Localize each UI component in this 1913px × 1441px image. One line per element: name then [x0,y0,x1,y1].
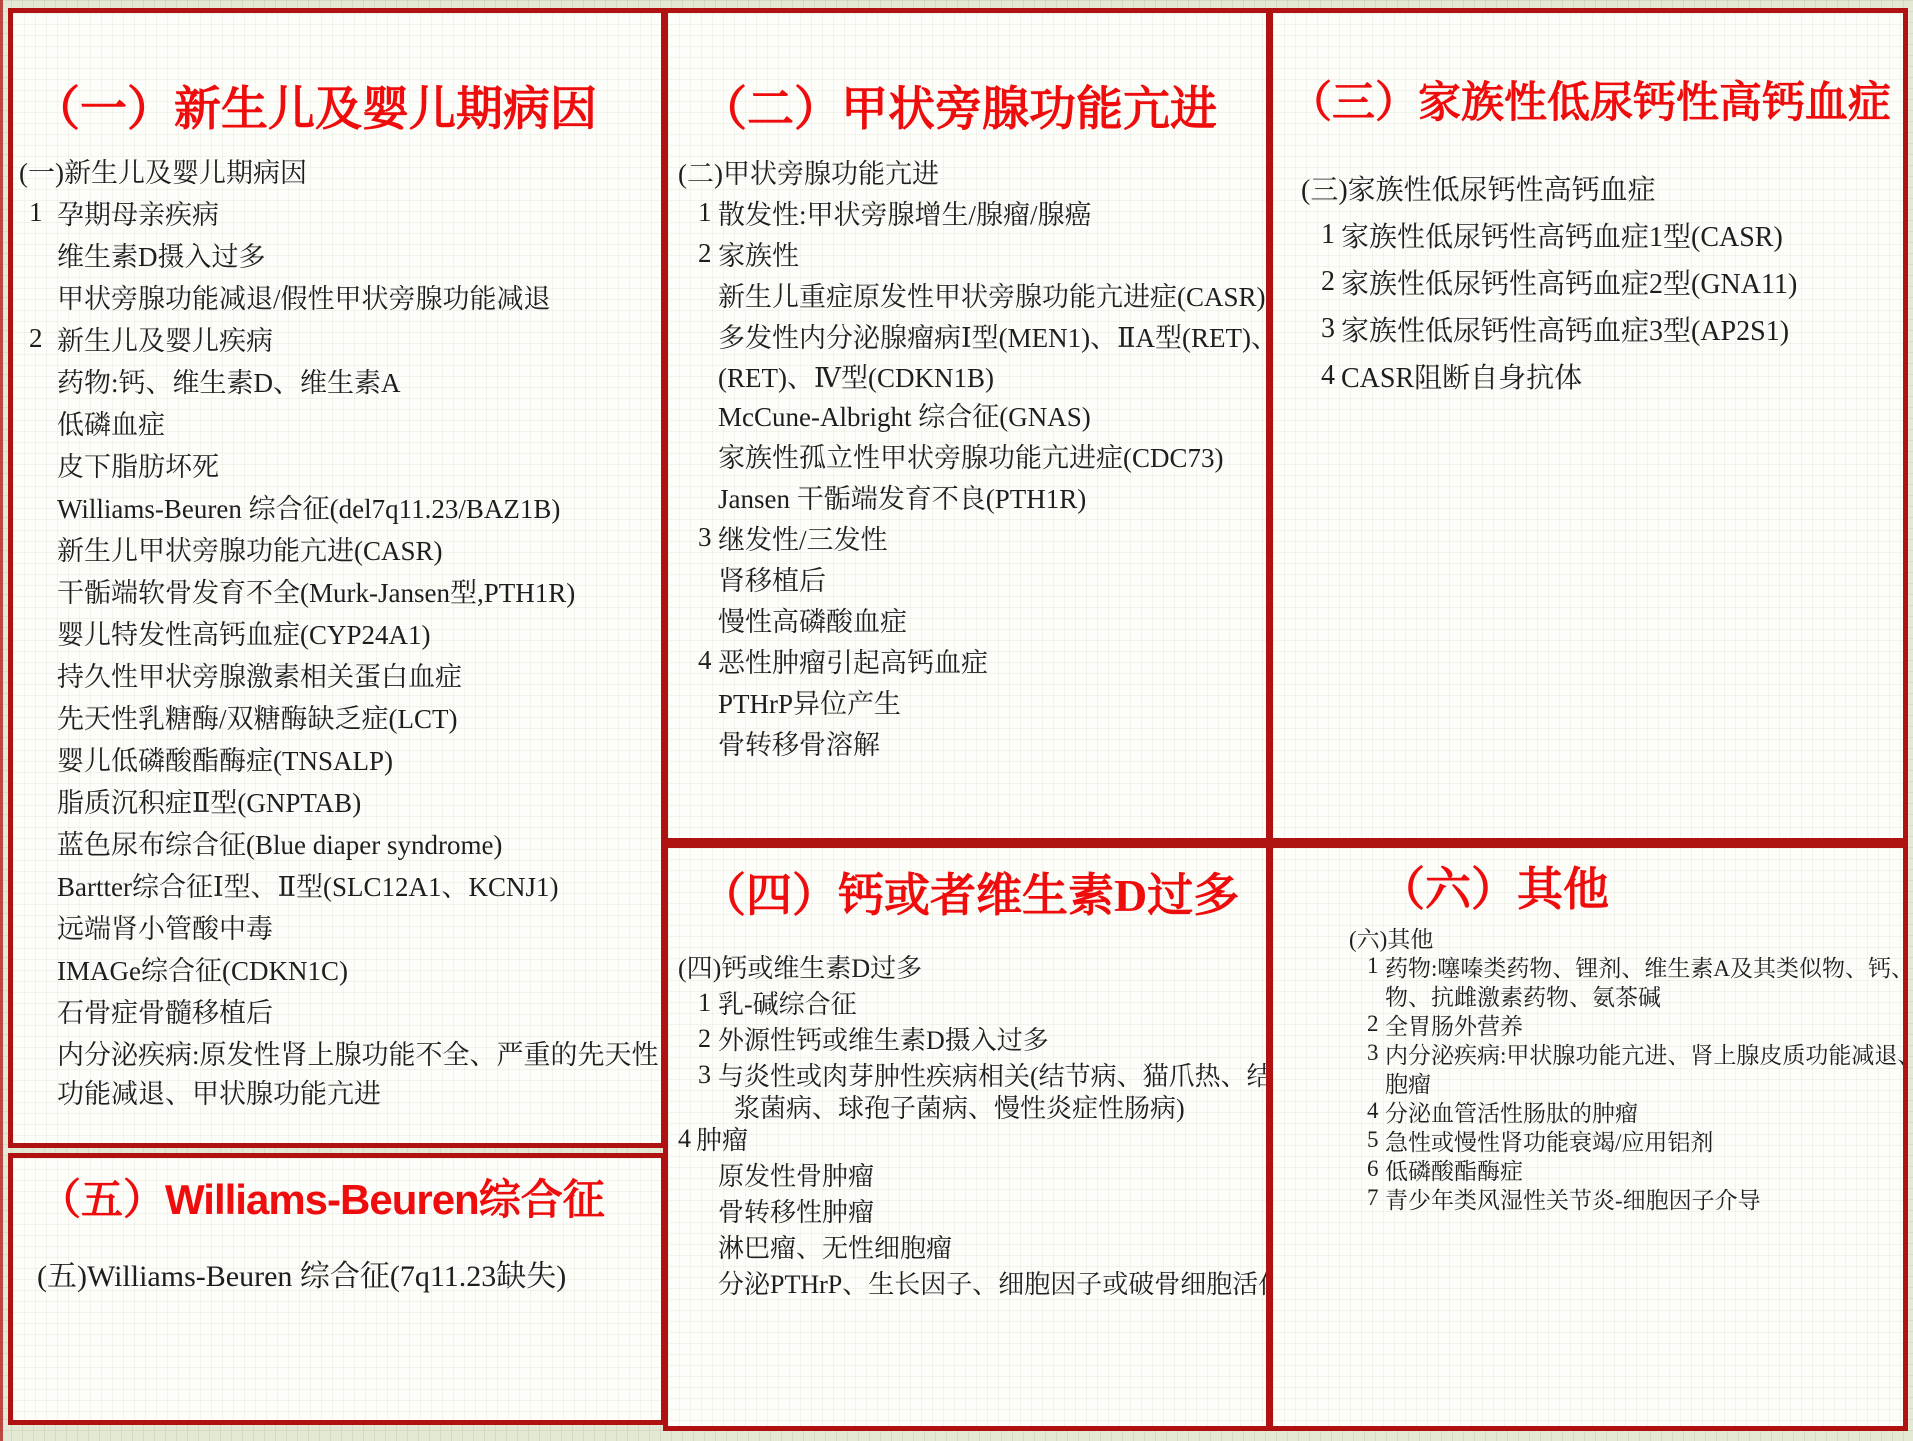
text-line: 浆菌病、球孢子菌病、慢性炎症性肠病) [668,1093,1266,1121]
section-title: （二）甲状旁腺功能亢进 [700,83,1266,137]
line-text: 淋巴瘤、无性细胞瘤 [718,1228,952,1265]
line-text: (一)新生儿及婴儿期病因 [19,151,307,190]
line-text: 家族性低尿钙性高钙血症2型(GNA11) [1341,262,1797,302]
line-text: 慢性高磷酸血症 [718,600,907,639]
text-line: 内分泌疾病:原发性肾上腺功能不全、严重的先天性甲状腺 [13,1031,661,1073]
line-text: 功能减退、甲状腺功能亢进 [57,1072,381,1111]
line-text: 浆菌病、球孢子菌病、慢性炎症性肠病) [734,1088,1185,1125]
line-text: 新生儿及婴儿疾病 [57,319,273,358]
item-number: 1 [698,988,711,1018]
panel-body: (五)Williams-Beuren 综合征(7q11.23缺失) [13,1243,661,1303]
text-line: 慢性高磷酸血症 [668,599,1266,640]
item-number: 3 [698,522,712,553]
item-number: 4 [1367,1098,1379,1124]
line-text: CASR阻断自身抗体 [1341,356,1582,396]
text-line: (二)甲状旁腺功能亢进 [668,151,1266,192]
text-line: (一)新生儿及婴儿期病因 [13,149,661,191]
line-text: 新生儿重症原发性甲状旁腺功能亢进症(CASR) [718,275,1266,314]
line-text: 孕期母亲疾病 [57,193,219,232]
line-text: Bartter综合征Ⅰ型、Ⅱ型(SLC12A1、KCNJ1) [57,865,559,904]
text-line: 新生儿重症原发性甲状旁腺功能亢进症(CASR) [668,274,1266,315]
text-line: 3继发性/三发性 [668,517,1266,558]
line-text: 维生素D摄入过多 [57,235,266,274]
line-text: 持久性甲状旁腺激素相关蛋白血症 [57,655,462,694]
section-title: （六）其他 [1379,864,1903,917]
text-line: 石骨症骨髓移植后 [13,989,661,1031]
line-text: 家族性 [718,234,799,273]
line-text: McCune-Albright 综合征(GNAS) [718,395,1091,434]
line-text: 皮下脂肪坏死 [57,445,219,484]
text-line: 3内分泌疾病:甲状腺功能亢进、肾上腺皮质功能减退、嗜铬细 [1273,1039,1903,1068]
text-line: 骨转移性肿瘤 [668,1193,1266,1229]
panel-hyperparathyroidism: （二）甲状旁腺功能亢进(二)甲状旁腺功能亢进1散发性:甲状旁腺增生/腺瘤/腺癌2… [663,8,1271,843]
line-text: (五)Williams-Beuren 综合征(7q11.23缺失) [37,1251,566,1295]
text-line: PTHrP异位产生 [668,681,1266,722]
text-line: 干骺端软骨发育不全(Murk-Jansen型,PTH1R) [13,569,661,611]
panel-neonatal-infant-causes: （一）新生儿及婴儿期病因(一)新生儿及婴儿期病因1孕期母亲疾病维生素D摄入过多甲… [8,8,666,1148]
section-title: （一）新生儿及婴儿期病因 [33,83,661,137]
line-text: 远端肾小管酸中毒 [57,907,273,946]
line-text: Williams-Beuren 综合征(del7q11.23/BAZ1B) [57,487,560,526]
item-number: 2 [698,238,712,269]
text-line: 淋巴瘤、无性细胞瘤 [668,1229,1266,1265]
slide: （一）新生儿及婴儿期病因(一)新生儿及婴儿期病因1孕期母亲疾病维生素D摄入过多甲… [0,0,1913,1441]
text-line: (三)家族性低尿钙性高钙血症 [1273,164,1903,211]
item-number: 3 [698,1060,711,1090]
line-text: 分泌PTHrP、生长因子、细胞因子或破骨细胞活化因子的肿瘤 [718,1264,1271,1301]
panel-body: (四)钙或维生素D过多1乳-碱综合征2外源性钙或维生素D摄入过多3与炎性或肉芽肿… [668,949,1266,1301]
text-line: 2全胃肠外营养 [1273,1010,1903,1039]
line-text: PTHrP异位产生 [718,682,901,721]
text-line: 1乳-碱综合征 [668,985,1266,1021]
text-line: 6低磷酸酯酶症 [1273,1155,1903,1184]
line-text: 石骨症骨髓移植后 [57,991,273,1030]
item-number: 1 [698,197,712,228]
text-line: 多发性内分泌腺瘤病Ⅰ型(MEN1)、ⅡA型(RET)、ⅡB型 [668,315,1266,356]
text-line: McCune-Albright 综合征(GNAS) [668,394,1266,435]
text-line: (六)其他 [1273,923,1903,952]
text-line: Jansen 干骺端发育不良(PTH1R) [668,476,1266,517]
line-text: 家族性低尿钙性高钙血症1型(CASR) [1341,215,1783,255]
line-text: 骨转移性肿瘤 [718,1192,874,1229]
line-text: 甲状旁腺功能减退/假性甲状旁腺功能减退 [57,277,551,316]
line-text: 低磷血症 [57,403,165,442]
text-line: 2外源性钙或维生素D摄入过多 [668,1021,1266,1057]
panel-body: (六)其他1药物:噻嗪类药物、锂剂、维生素A及其类似物、钙、碱性药物、抗雌激素药… [1273,923,1903,1213]
text-line: (四)钙或维生素D过多 [668,949,1266,985]
title-text: 综合征 [479,1178,605,1224]
text-line: 家族性孤立性甲状旁腺功能亢进症(CDC73) [668,435,1266,476]
text-line: 脂质沉积症Ⅱ型(GNPTAB) [13,779,661,821]
text-line: 1孕期母亲疾病 [13,191,661,233]
text-line: 5急性或慢性肾功能衰竭/应用铝剂 [1273,1126,1903,1155]
text-line: 低磷血症 [13,401,661,443]
item-number: 5 [1367,1127,1379,1153]
line-text: 骨转移骨溶解 [718,723,880,762]
line-text: (三)家族性低尿钙性高钙血症 [1301,168,1656,208]
line-text: 新生儿甲状旁腺功能亢进(CASR) [57,529,443,568]
line-text: 青少年类风湿性关节炎-细胞因子介导 [1385,1182,1761,1215]
text-line: 婴儿低磷酸酯酶症(TNSALP) [13,737,661,779]
item-number: 7 [1367,1185,1379,1211]
line-text: 蓝色尿布综合征(Blue diaper syndrome) [57,823,502,862]
item-number: 4 [678,1124,691,1154]
line-text: 多发性内分泌腺瘤病Ⅰ型(MEN1)、ⅡA型(RET)、ⅡB型 [718,316,1271,355]
text-line: Williams-Beuren 综合征(del7q11.23/BAZ1B) [13,485,661,527]
item-number: 1 [1321,219,1335,251]
panel-body: (一)新生儿及婴儿期病因1孕期母亲疾病维生素D摄入过多甲状旁腺功能减退/假性甲状… [13,149,661,1109]
item-number: 1 [29,197,43,228]
text-line: 1家族性低尿钙性高钙血症1型(CASR) [1273,211,1903,258]
item-number: 2 [698,1024,711,1054]
panel-others: （六）其他(六)其他1药物:噻嗪类药物、锂剂、维生素A及其类似物、钙、碱性药物、… [1268,843,1908,1431]
title-latin-text: Williams-Beuren [165,1176,479,1223]
line-text: 乳-碱综合征 [718,984,857,1021]
line-text: 家族性低尿钙性高钙血症3型(AP2S1) [1341,309,1789,349]
line-text: 药物:钙、维生素D、维生素A [57,361,401,400]
text-line: (五)Williams-Beuren 综合征(7q11.23缺失) [13,1243,661,1303]
line-text: Jansen 干骺端发育不良(PTH1R) [718,477,1086,516]
text-line: 药物:钙、维生素D、维生素A [13,359,661,401]
text-line: 远端肾小管酸中毒 [13,905,661,947]
line-text: 散发性:甲状旁腺增生/腺瘤/腺癌 [718,193,1092,232]
text-line: 2家族性低尿钙性高钙血症2型(GNA11) [1273,258,1903,305]
item-number: 6 [1367,1156,1379,1182]
text-line: 2家族性 [668,233,1266,274]
item-number: 2 [29,323,43,354]
text-line: 新生儿甲状旁腺功能亢进(CASR) [13,527,661,569]
item-number: 3 [1321,313,1335,345]
text-line: 4分泌血管活性肠肽的肿瘤 [1273,1097,1903,1126]
line-text: 继发性/三发性 [718,518,888,557]
text-line: 分泌PTHrP、生长因子、细胞因子或破骨细胞活化因子的肿瘤 [668,1265,1266,1301]
item-number: 2 [1321,266,1335,298]
left-edge-line [0,0,3,1441]
line-text: 外源性钙或维生素D摄入过多 [718,1020,1049,1057]
line-text: 恶性肿瘤引起高钙血症 [718,641,988,680]
panel-familial-hypocalciuric-hypercalcemia: （三）家族性低尿钙性高钙血症(三)家族性低尿钙性高钙血症1家族性低尿钙性高钙血症… [1268,8,1908,843]
text-line: 蓝色尿布综合征(Blue diaper syndrome) [13,821,661,863]
text-line: Bartter综合征Ⅰ型、Ⅱ型(SLC12A1、KCNJ1) [13,863,661,905]
panel-body: (三)家族性低尿钙性高钙血症1家族性低尿钙性高钙血症1型(CASR)2家族性低尿… [1273,164,1903,399]
text-line: 持久性甲状旁腺激素相关蛋白血症 [13,653,661,695]
line-text: IMAGe综合征(CDKN1C) [57,949,348,988]
text-line: 骨转移骨溶解 [668,722,1266,763]
text-line: 4肿瘤 [668,1121,1266,1157]
line-text: 家族性孤立性甲状旁腺功能亢进症(CDC73) [718,436,1224,475]
text-line: 2新生儿及婴儿疾病 [13,317,661,359]
line-text: (四)钙或维生素D过多 [678,948,922,985]
text-line: IMAGe综合征(CDKN1C) [13,947,661,989]
text-line: 婴儿特发性高钙血症(CYP24A1) [13,611,661,653]
panel-calcium-vitamin-d-excess: （四）钙或者维生素D过多(四)钙或维生素D过多1乳-碱综合征2外源性钙或维生素D… [663,843,1271,1431]
section-title: （三）家族性低尿钙性高钙血症 [1289,79,1903,128]
item-number: 4 [698,645,712,676]
line-text: 先天性乳糖酶/双糖酶缺乏症(LCT) [57,697,457,736]
line-text: 婴儿低磷酸酯酶症(TNSALP) [57,739,393,778]
line-text: 内分泌疾病:原发性肾上腺功能不全、严重的先天性甲状腺 [57,1033,666,1072]
text-line: 胞瘤 [1273,1068,1903,1097]
text-line: 1散发性:甲状旁腺增生/腺瘤/腺癌 [668,192,1266,233]
section-title: （五）Williams-Beuren综合征 [39,1176,661,1225]
text-line: 原发性骨肿瘤 [668,1157,1266,1193]
line-text: 干骺端软骨发育不全(Murk-Jansen型,PTH1R) [57,571,575,610]
line-text: 内分泌疾病:甲状腺功能亢进、肾上腺皮质功能减退、嗜铬细 [1385,1037,1908,1070]
text-line: (RET)、Ⅳ型(CDKN1B) [668,356,1266,394]
item-number: 2 [1367,1011,1379,1037]
text-line: 维生素D摄入过多 [13,233,661,275]
section-title: （四）钙或者维生素D过多 [700,870,1266,923]
text-line: 皮下脂肪坏死 [13,443,661,485]
item-number: 3 [1367,1040,1379,1066]
line-text: (二)甲状旁腺功能亢进 [678,152,939,191]
line-text: 原发性骨肿瘤 [718,1156,874,1193]
text-line: 3家族性低尿钙性高钙血症3型(AP2S1) [1273,305,1903,352]
line-text: 脂质沉积症Ⅱ型(GNPTAB) [57,781,361,820]
panel-williams-beuren-syndrome: （五）Williams-Beuren综合征(五)Williams-Beuren … [8,1153,666,1425]
line-text: 肾移植后 [718,559,826,598]
title-text: （五） [39,1178,165,1224]
line-text: (RET)、Ⅳ型(CDKN1B) [718,356,994,395]
text-line: 1药物:噻嗪类药物、锂剂、维生素A及其类似物、钙、碱性药 [1273,952,1903,981]
text-line: 物、抗雌激素药物、氨茶碱 [1273,981,1903,1010]
text-line: 7青少年类风湿性关节炎-细胞因子介导 [1273,1184,1903,1213]
item-number: 1 [1367,953,1379,979]
text-line: 4CASR阻断自身抗体 [1273,352,1903,399]
text-line: 4恶性肿瘤引起高钙血症 [668,640,1266,681]
line-text: 肿瘤 [696,1120,748,1157]
line-text: 婴儿特发性高钙血症(CYP24A1) [57,613,431,652]
text-line: 功能减退、甲状腺功能亢进 [13,1073,661,1109]
panel-body: (二)甲状旁腺功能亢进1散发性:甲状旁腺增生/腺瘤/腺癌2家族性新生儿重症原发性… [668,151,1266,763]
text-line: 先天性乳糖酶/双糖酶缺乏症(LCT) [13,695,661,737]
item-number: 4 [1321,360,1335,392]
text-line: 甲状旁腺功能减退/假性甲状旁腺功能减退 [13,275,661,317]
text-line: 肾移植后 [668,558,1266,599]
